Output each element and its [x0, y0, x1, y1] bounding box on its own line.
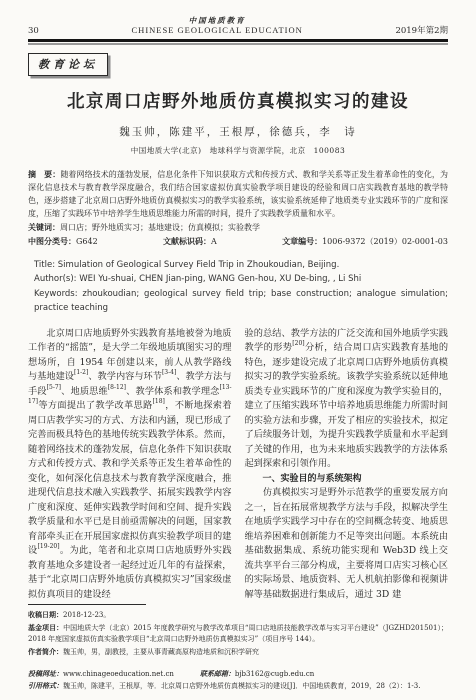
- body-columns: 北京周口店地质野外实践教育基地被誉为地质工作者的“摇篮”，是大学二年级地质填图实…: [28, 327, 448, 611]
- body-paragraph: 验的总结、教学方法的广泛交流和国外地质学实践教学的形势[20]分析，结合周口店实…: [245, 327, 449, 472]
- bio-label: 作者简介：: [28, 647, 63, 656]
- english-authors: Author(s): WEI Yu-shuai, CHEN Jian-ping,…: [34, 272, 448, 287]
- author-list: 魏玉帅，陈建平，王根厚，徐德兵，李 诗: [0, 124, 476, 139]
- footer-links-row: 投稿网址：www.chinageoeducation.net.cn联系邮箱：bj…: [28, 668, 448, 680]
- submission-label: 投稿网址：: [28, 669, 63, 678]
- clc-value: G642: [76, 237, 98, 246]
- english-title: Title: Simulation of Geological Survey F…: [34, 258, 448, 273]
- article-title: 北京周口店野外地质仿真模拟实习的建设: [0, 88, 476, 113]
- citation-text: 魏玉帅，陈建平，王根厚，等．北京周口店野外地质仿真模拟实习的建设[J]．中国地质…: [63, 682, 420, 690]
- contact-email: bjb3162@cugb.edu.cn: [235, 670, 314, 678]
- abstract-label: 摘 要：: [28, 169, 60, 179]
- left-column: 北京周口店地质野外实践教育基地被誉为地质工作者的“摇篮”，是大学二年级地质填图实…: [28, 327, 232, 611]
- affiliation: 中国地质大学(北京) 地球科学与资源学院，北京 100083: [0, 145, 476, 156]
- journal-title-cn: 中国地质教育: [132, 16, 303, 25]
- running-header: 30 中国地质教育 CHINESE GEOLOGICAL EDUCATION 2…: [0, 0, 476, 39]
- footnote-received: 收稿日期：2018-12-23。: [28, 609, 448, 621]
- body-paragraph: 北京周口店地质野外实践教育基地被誉为地质工作者的“摇篮”，是大学二年级地质填图实…: [28, 327, 232, 603]
- journal-title-en: CHINESE GEOLOGICAL EDUCATION: [132, 25, 303, 36]
- english-keywords: Keywords: zhoukoudian; geological survey…: [34, 287, 448, 316]
- doc-code-item: 文献标识码：A: [163, 235, 217, 248]
- abstract-text: 随着网络技术的蓬勃发展，信息化条件下知识获取方式和传授方式、教和学关系等正发生着…: [28, 170, 448, 218]
- page-footer: 投稿网址：www.chinageoeducation.net.cn联系邮箱：bj…: [28, 668, 448, 692]
- issue-label: 2019年第2期: [395, 24, 448, 36]
- citation-row: 引用格式：魏玉帅，陈建平，王根厚，等．北京周口店野外地质仿真模拟实习的建设[J]…: [28, 680, 448, 692]
- article-no-item: 文章编号：1006-9372（2019）02-0001-03: [282, 235, 448, 248]
- keywords-text: 周口店；野外地质实习；基地建设；仿真模拟；实验教学: [60, 223, 260, 232]
- funding-text: 中国地质大学（北京）2015 年度教学研究与教学改革项目“周口店地质技能教学改革…: [28, 624, 448, 643]
- submission-url: www.chinageoeducation.net.cn: [63, 670, 174, 678]
- keywords-label: 关键词：: [28, 222, 60, 232]
- doc-code-label: 文献标识码：: [163, 236, 211, 246]
- abstract-block: 摘 要：随着网络技术的蓬勃发展，信息化条件下知识获取方式和传授方式、教和学关系等…: [28, 168, 448, 220]
- funding-label: 基金项目：: [28, 623, 63, 632]
- citation-label: 引用格式：: [28, 681, 63, 690]
- received-text: 2018-12-23。: [63, 611, 110, 619]
- doc-code-value: A: [211, 237, 217, 246]
- keywords-block: 关键词：周口店；野外地质实习；基地建设；仿真模拟；实验教学: [28, 221, 448, 234]
- journal-title: 中国地质教育 CHINESE GEOLOGICAL EDUCATION: [132, 16, 303, 36]
- right-column: 验的总结、教学方法的广泛交流和国外地质学实践教学的形势[20]分析，结合周口店实…: [245, 327, 449, 611]
- article-no-label: 文章编号：: [282, 236, 322, 246]
- footnote-author-bio: 作者简介：魏玉帅，男，副教授，主要从事青藏高原构造地质和沉积学研究: [28, 646, 448, 658]
- paper-page: 30 中国地质教育 CHINESE GEOLOGICAL EDUCATION 2…: [0, 0, 476, 700]
- received-label: 收稿日期：: [28, 610, 63, 619]
- body-paragraph: 仿真模拟实习是野外示范教学的重要发展方向之一，旨在拓展常规教学方法与手段，拟解决…: [245, 486, 449, 602]
- article-no-value: 1006-9372（2019）02-0001-03: [322, 237, 448, 246]
- footnote-area: 收稿日期：2018-12-23。 基金项目：中国地质大学（北京）2015 年度教…: [28, 604, 448, 658]
- classification-row: 中图分类号：G642 文献标识码：A 文章编号：1006-9372（2019）0…: [28, 235, 448, 248]
- footnote-funding: 基金项目：中国地质大学（北京）2015 年度教学研究与教学改革项目“周口店地质技…: [28, 622, 448, 645]
- footnote-divider: [28, 604, 146, 605]
- clc-item: 中图分类号：G642: [28, 235, 98, 248]
- bio-text: 魏玉帅，男，副教授，主要从事青藏高原构造地质和沉积学研究: [63, 648, 259, 656]
- contact-label: 联系邮箱：: [200, 669, 235, 678]
- section-heading: 一、实验目的与系统架构: [245, 472, 449, 487]
- clc-label: 中图分类号：: [28, 236, 76, 246]
- page-number: 30: [28, 26, 39, 36]
- english-block: Title: Simulation of Geological Survey F…: [28, 258, 448, 316]
- section-badge: 教育论坛: [28, 53, 108, 76]
- header-rule-dark: [28, 39, 448, 42]
